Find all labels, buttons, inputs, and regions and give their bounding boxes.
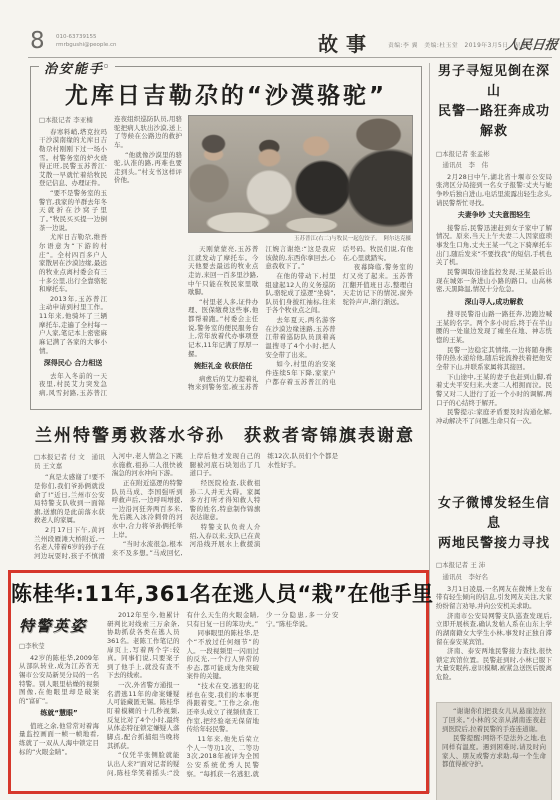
page-number: 8 (30, 28, 45, 54)
headline-line-1: 男子寻短见倒在深山 (436, 62, 552, 102)
paragraph: 搜寻民警沿山路一路狂奔,边跑边喊王某的名字。两个多小时后,终于在半山腰的一处崖边… (436, 310, 552, 345)
paragraph: 一次,外省警方通报一名潜逃11年的命案嫌疑人可能藏匿无锡。陈桂华盯着模糊的十几秒… (107, 681, 180, 750)
paragraph: 2月28日中午,湖北省十堰市公安局张湾区分局接到一名女子报警:丈夫与她争吵后独自… (436, 173, 552, 208)
paragraph: “真是太感谢了!要不是你们,我们爷孙俩就没命了!”近日,兰州市公安局特警支队收到… (34, 473, 105, 525)
paragraph: 春寒料峭,塔克拉玛干沙漠南缘的尤库日吉勒尕村刚刚下过一场小雪。村警务室的炉火烧得… (39, 128, 107, 188)
paragraph: 民警一边稳定其情绪,一边将随身携带的热水递给他,随后轮流搀扶着把他安全带下山,并… (436, 346, 552, 372)
paragraph: 夜幕降临,警务室的灯又亮了起来。玉苏普江翻开值班日志,整理白天走访记下的情况,窗… (343, 263, 413, 306)
sidebar-article-weibo-headline: 女子微博发轻生信息 两地民警接力寻找 (436, 494, 552, 554)
article-rescue-headline: 兰州特警勇救落水爷孙 获救者寄锦旗表谢意 (30, 421, 420, 446)
paragraph: 民警提醒:网络不是法外之地,也同样有温度。遇到困难时,请及时向家人、朋友或警方求… (442, 734, 546, 769)
article-chenguihua-box: 陈桂华:11年,361名在逃人员“栽”在他手里 特警英姿 □李秋莹42岁的陈桂华… (8, 570, 429, 794)
paragraph: “要不是警务室的玉警官,我家的羊群去年冬天就折在沙窝子里了。”牧民买买提一边倒茶… (39, 189, 107, 232)
sub-headline: 深山寻人,成功解救 (436, 298, 552, 307)
paragraph: 去年夏天,两名游客在沙漠边缘迷路,玉苏普江带着巡防队员顶着高温搜寻了4个小时,把… (265, 316, 335, 359)
headline-line-1: 女子微博发轻生信息 (436, 494, 552, 534)
paragraph: 2012年至今,他累计研判比对线索三万余条,协助抓获各类在逃人员361名。老陈工… (107, 611, 180, 680)
tag-mark-icon: ▫ (104, 63, 110, 70)
contact-info: 010-63739155 rmrbgushi@people.cn (56, 33, 117, 50)
article-tag-label: 治安能手 (44, 62, 104, 77)
article-camel-bottom-columns: 天刚蒙蒙亮,玉苏普江就发动了摩托车。今天他要去最远的牧业点走访,来回一百多里沙路… (188, 245, 413, 395)
sub-headline: 婉拒礼金 收获信任 (188, 362, 258, 371)
article-chenguihua-content: 特警英姿 □李秋莹42岁的陈桂华,2009年从部队转业,成为江苏省无锡市公安局新… (19, 611, 418, 783)
byline: □李秋莹 (19, 642, 99, 651)
sidebar-article-mountain: 男子寻短见倒在深山 民警一路狂奔成功解救 □本报记者 张孟彬 通讯员 李 伟2月… (436, 62, 552, 527)
article-camel-right-block: 玉苏普江(右二)与牧民一起包饺子。 阿尔达克摄 天刚蒙蒙亮,玉苏普江就发动了摩托… (188, 115, 413, 401)
paragraph: 民警调取沿途监控发现,王某最后出现在城郊一条进山小路的路口。山高林密,天黑降温,… (436, 268, 552, 294)
contact-email: rmrbgushi@people.cn (56, 41, 117, 49)
paragraph: 在他的带动下,村里组建起12人的义务巡防队,骆驼成了巡逻“坐骑”,队员们身披红袖… (265, 272, 335, 315)
paragraph: 济南市公安局网警支队巡查发现后,立即开展核查,确认发帖人系在山东上学的湖南籍女大… (436, 612, 552, 647)
paragraph: 下山途中,王某的妻子也赶到山脚,看着丈夫平安归来,夫妻二人相拥而泣。民警又对二人… (436, 373, 552, 408)
paragraph: 正在附近巡逻的特警队员马成、李国强听到呼救声后,一边呼叫增援,一边沿河狂奔两百多… (112, 479, 183, 539)
article-camel-left-columns: □本报记者 李亚楠春寒料峭,塔克拉玛干沙漠南缘的尤库日吉勒尕村刚刚下过一场小雪。… (39, 115, 182, 401)
article-rescue-body: □本报记者 付 文 通讯员 王文嘉“真是太感谢了!要不是你们,我们爷孙俩就没命了… (34, 452, 416, 564)
article-tag-badge: 治安能手▫ (39, 58, 115, 77)
headline-line-2: 民警一路狂奔成功解救 (436, 102, 552, 142)
sidebar-highlight-box: “谢谢你们把我女儿从悬崖边拉了回来。”小林的父亲从湖南连夜赶到医院后,拉着民警的… (436, 702, 552, 800)
article-chenguihua-left-column: 特警英姿 □李秋莹42岁的陈桂华,2009年从部队转业,成为江苏省无锡市公安局新… (19, 611, 99, 783)
paragraph: “他就像沙漠里的骆驼,认准的路,再难也要走到头。”村支书这样评价他。 (114, 151, 182, 186)
sidebar-article-weibo: 女子微博发轻生信息 两地民警接力寻找 □本报记者 王 沛 通讯员 李好名3月1日… (436, 494, 552, 800)
feature-tag-badge: 特警英姿 (19, 615, 99, 636)
paragraph: 3月1日凌晨,一名网友在微博上发布带有轻生倾向的信息,引发网友关注,大家纷纷留言… (436, 585, 552, 611)
byline: □本报记者 付 文 通讯员 王文嘉 (34, 453, 105, 470)
sidebar-article-weibo-body: □本报记者 王 沛 通讯员 李好名3月1日凌晨,一名网友在微博上发布带有轻生倾向… (436, 560, 552, 698)
feature-left-text: □李秋莹42岁的陈桂华,2009年从部队转业,成为江苏省无锡市公安局新吴分局的一… (19, 641, 99, 779)
paragraph: 同事眼里的陈桂华,是个“不放过任何细节”的人。一段视频里一闪而过的反光,一个行人… (187, 629, 260, 681)
byline: 通讯员 李 伟 (436, 161, 552, 170)
headline-line-2: 两地民警接力寻找 (436, 534, 552, 554)
byline: □本报记者 张孟彬 (436, 150, 552, 159)
sidebar-article-mountain-body: □本报记者 张孟彬 通讯员 李 伟2月28日中午,湖北省十堰市公安局张湾区分局接… (436, 149, 552, 527)
paragraph: 济南、泰安两地民警接力查找,很快锁定宾馆位置。民警赶到时,小林已服下大量安眠药,… (436, 647, 552, 682)
paragraph: 42岁的陈桂华,2009年从部队转业,成为江苏省无锡市公安局新吴分局的一名特警。… (19, 654, 99, 706)
paragraph: 接警后,民警迅速赶到女子家中了解情况。原来,当天上午夫妻二人因家庭琐事发生口角,… (436, 224, 552, 267)
paragraph: 尤库日吉勒尕,维吾尔语意为“下游的村庄”。全村四百多户人家散居在沙漠边缘,最远的… (39, 233, 107, 293)
article-photo (188, 115, 413, 233)
article-camel-content: □本报记者 李亚楠春寒料峭,塔克拉玛干沙漠南缘的尤库日吉勒尕村刚刚下过一场小雪。… (39, 115, 413, 401)
paragraph: 天刚蒙蒙亮,玉苏普江就发动了摩托车。今天他要去最远的牧业点走访,来回一百多里沙路… (188, 245, 258, 297)
byline: □本报记者 王 沛 (436, 561, 552, 570)
sub-headline: 夫妻争吵 丈夫意图轻生 (436, 211, 552, 220)
column-divider (429, 63, 430, 793)
masthead-logo: 人民日报 (505, 34, 560, 53)
paragraph: “村里老人多,证件办理、医保缴费这些事,他都帮着跑。”村委会主任说,警务室的便民… (188, 298, 258, 358)
contact-phone: 010-63739155 (56, 33, 117, 41)
byline: 通讯员 李好名 (436, 573, 552, 582)
paragraph: “谢谢你们把我女儿从悬崖边拉了回来。”小林的父亲从湖南连夜赶到医院后,拉着民警的… (442, 707, 546, 733)
article-camel-box: 治安能手▫ 尤库日吉勒尕的“沙漠骆驼” □本报记者 李亚楠春寒料峭,塔克拉玛干沙… (30, 66, 422, 410)
article-camel-headline: 尤库日吉勒尕的“沙漠骆驼” (31, 77, 421, 110)
paragraph: 值班之余,他常常对着海量监控画面一帧一帧地看,练就了一双从人海中锁定目标的“火眼… (19, 722, 99, 757)
paragraph: 2013年,玉苏普江主动申请到村里工作。11年来,他骑坏了三辆摩托车,走遍了全村… (39, 295, 107, 355)
sub-headline: 练就“慧眼” (19, 709, 99, 718)
sub-headline: 深得民心 合力相送 (39, 359, 107, 368)
article-chenguihua-columns: 2012年至今,他累计研判比对线索三万余条,协助抓获各类在逃人员361名。老陈工… (107, 611, 418, 783)
photo-caption: 玉苏普江(右二)与牧民一起包饺子。 阿尔达克摄 (188, 234, 411, 242)
sidebar-article-mountain-headline: 男子寻短见倒在深山 民警一路狂奔成功解救 (436, 62, 552, 143)
byline: □本报记者 李亚楠 (39, 116, 107, 125)
article-chenguihua-headline: 陈桂华:11年,361名在逃人员“栽”在他手里 (11, 578, 426, 608)
paragraph: 经医院检查,获救祖孙二人并无大碍。家属多方打听才得知救人特警的姓名,特意制作锦旗… (190, 479, 261, 522)
paragraph: “技术在变,逃犯的花样也在变,我们的本事更得跟着变。”工作之余,他还牵头成立了视… (187, 682, 260, 734)
paragraph: 民警提示:家庭矛盾要及时沟通化解,冲动解决不了问题,生命只有一次。 (436, 408, 552, 425)
section-title: 故事 (318, 28, 374, 57)
